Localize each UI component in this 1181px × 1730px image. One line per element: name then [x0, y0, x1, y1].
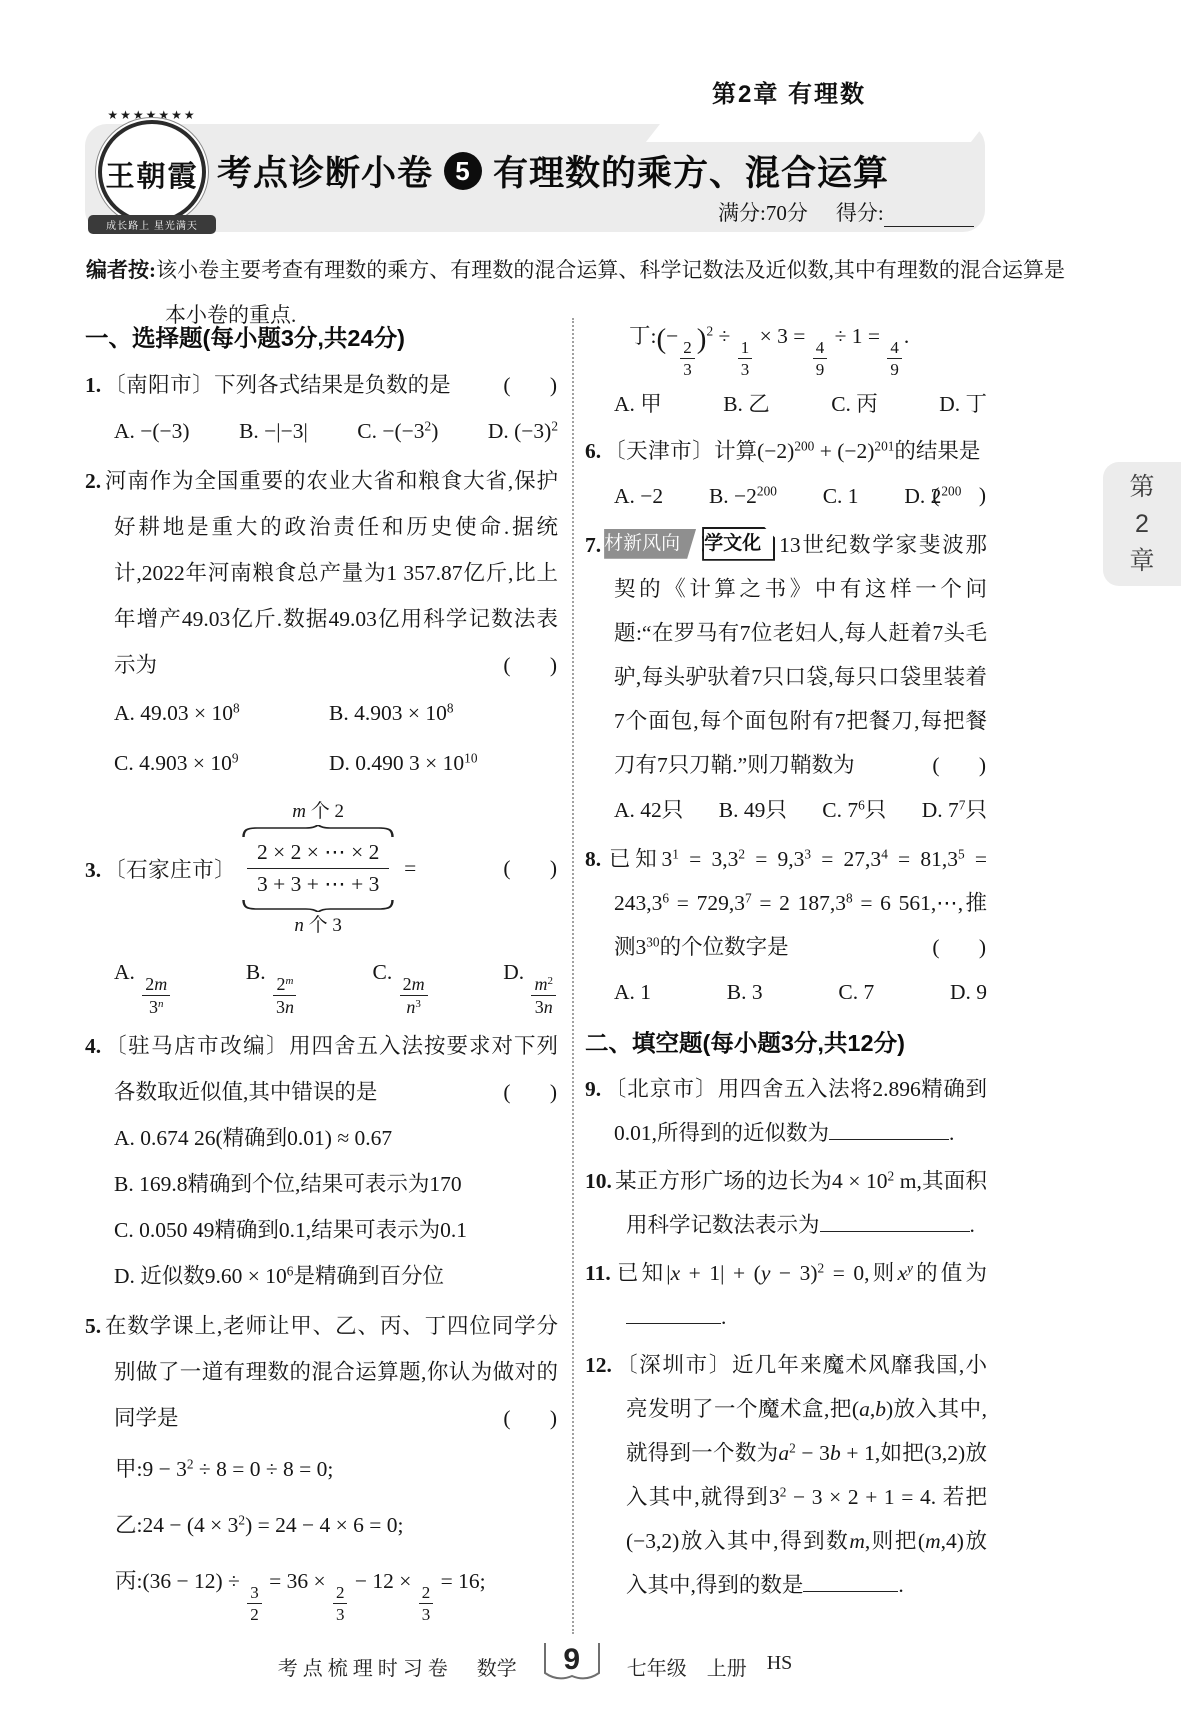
- worksheet-page: 第2章 有理数 ★★★★★★★ 王朝霞 成长路上 星光满天 考点诊断小卷 5 有…: [0, 0, 1181, 1730]
- question-2-text: 河南作为全国重要的农业大省和粮食大省,保护好耕地是重大的政治责任和历史使命.据统…: [104, 469, 558, 677]
- chapter-side-tab: 第 2 章: [1103, 462, 1181, 586]
- question-7: 7.选材新风向数学文化13世纪数学家斐波那契的《计算之书》中有这样一个问题:“在…: [585, 523, 987, 833]
- footer-subject: 数学: [477, 1652, 517, 1681]
- question-2-option-c: C. 4.903 × 109: [114, 738, 329, 788]
- question-3-option-b: B. 2m3n: [246, 949, 299, 1019]
- question-3-options: A. 2m3n B. 2m3n C. 2mn3 D. m23n: [85, 949, 558, 1019]
- question-5-option-b: B. 乙: [723, 381, 770, 427]
- question-5-answer-paren: ( ): [532, 1395, 558, 1441]
- full-score-label: 满分:70分: [718, 197, 808, 227]
- question-11-number: 11.: [585, 1261, 611, 1285]
- question-1-text: 〔南阳市〕下列各式结果是负数的是: [104, 373, 451, 397]
- obtained-score-label: 得分:: [836, 197, 884, 227]
- column-divider: [572, 318, 574, 1634]
- side-tab-char-1: 第: [1129, 469, 1154, 506]
- question-4: 4.〔驻马店市改编〕用四舍五入法按要求对下列各数取近似值,其中错误的是( ) A…: [85, 1023, 558, 1299]
- question-1-number: 1.: [85, 373, 101, 397]
- question-5-option-d: D. 丁: [939, 381, 987, 427]
- question-1-option-a: A. −(−3): [114, 408, 190, 454]
- chapter-header: 第2章 有理数: [712, 74, 866, 109]
- question-12-number: 12.: [585, 1353, 612, 1377]
- question-2-option-a: A. 49.03 × 108: [114, 688, 329, 738]
- score-line: 满分:70分 得分:: [718, 197, 974, 227]
- overbrace-icon: [242, 825, 394, 837]
- question-5-text: 在数学课上,老师让甲、乙、丙、丁四位同学分别做了一道有理数的混合运算题,你认为做…: [104, 1314, 558, 1430]
- page-number-box: 9: [541, 1642, 603, 1690]
- answer-blank: [626, 1300, 721, 1324]
- question-4-option-c: C. 0.050 49精确到0.1,结果可表示为0.1: [85, 1207, 558, 1253]
- underbrace-icon: [242, 900, 394, 912]
- question-10-number: 10.: [585, 1169, 612, 1193]
- section-1-title: 一、选择题(每小题3分,共24分): [85, 314, 558, 362]
- paper-title: 考点诊断小卷 5 有理数的乘方、混合运算: [217, 146, 889, 196]
- question-1-option-b: B. −|−3|: [239, 408, 308, 454]
- question-12: 12.〔深圳市〕近几年来魔术风靡我国,小亮发明了一个魔术盒,把(a,b)放入其中…: [585, 1343, 987, 1607]
- footer-edition: HS: [767, 1652, 793, 1681]
- question-8-text: 已知31 = 3,32 = 9,33 = 27,34 = 81,35 = 243…: [604, 847, 987, 959]
- editor-note-label: 编者按:: [86, 258, 156, 282]
- question-8-answer-paren: ( ): [961, 925, 987, 969]
- question-6-answer-paren: ( ): [961, 473, 987, 517]
- overbrace-label: m 个 2: [292, 798, 344, 825]
- question-7-options: A. 42只 B. 49只 C. 76只 D. 77只: [585, 787, 987, 833]
- open-book-icon: [541, 1642, 603, 1690]
- question-11: 11.已知|x + 1| + (y − 3)2 = 0,则xy的值为.: [585, 1251, 987, 1339]
- question-5-option-c: C. 丙: [831, 381, 878, 427]
- question-5-number: 5.: [85, 1314, 101, 1338]
- footer-grade: 七年级: [627, 1652, 687, 1681]
- question-3-fraction: 2 × 2 × ⋯ × 2 3 + 3 + ⋯ + 3: [247, 837, 389, 900]
- page-footer: 考点梳理时习卷 数学 9 七年级 上册 HS: [85, 1642, 985, 1690]
- student-yi-work: 乙:24 − (4 × 32) = 24 − 4 × 6 = 0;: [85, 1497, 558, 1553]
- question-7-answer-paren: ( ): [961, 743, 987, 787]
- header-band-diagonal-cut: [646, 124, 985, 142]
- question-6-number: 6.: [585, 439, 601, 463]
- question-7-option-a: A. 42只: [614, 787, 683, 833]
- question-2-option-d: D. 0.490 3 × 1010: [329, 738, 558, 788]
- question-10-text: 某正方形广场的边长为4 × 102 m,其面积用科学记数法表示为.: [615, 1169, 987, 1237]
- question-2-options: A. 49.03 × 108 B. 4.903 × 108 C. 4.903 ×…: [85, 688, 558, 788]
- question-12-text: 〔深圳市〕近几年来魔术风靡我国,小亮发明了一个魔术盒,把(a,b)放入其中,就得…: [615, 1353, 987, 1597]
- answer-blank: [829, 1116, 949, 1140]
- paper-title-prefix: 考点诊断小卷: [217, 146, 433, 196]
- badge-new-material-trend: 选材新风向: [604, 529, 696, 559]
- question-4-answer-paren: ( ): [532, 1069, 558, 1115]
- question-3-city-tag: 〔石家庄市〕: [104, 858, 236, 882]
- score-blank: [884, 204, 974, 227]
- question-10: 10.某正方形广场的边长为4 × 102 m,其面积用科学记数法表示为.: [585, 1159, 987, 1247]
- question-2-option-b: B. 4.903 × 108: [329, 688, 558, 738]
- question-8: 8.已知31 = 3,32 = 9,33 = 27,34 = 81,35 = 2…: [585, 837, 987, 1015]
- two-column-body: 一、选择题(每小题3分,共24分) 1.〔南阳市〕下列各式结果是负数的是( ) …: [85, 314, 987, 1634]
- paper-number-badge: 5: [444, 152, 482, 190]
- question-6: 6.〔天津市〕计算(−2)200 + (−2)201的结果是( ) A. −2 …: [585, 429, 987, 519]
- question-1: 1.〔南阳市〕下列各式结果是负数的是( ) A. −(−3) B. −|−3| …: [85, 362, 558, 454]
- question-3-option-c: C. 2mn3: [373, 949, 430, 1019]
- question-2-number: 2.: [85, 469, 101, 493]
- fraction-denominator: 3 + 3 + ⋯ + 3: [247, 869, 389, 900]
- question-1-option-c: C. −(−32): [357, 408, 438, 454]
- question-7-option-d: D. 77只: [922, 787, 987, 833]
- question-4-number: 4.: [85, 1034, 101, 1058]
- answer-blank: [803, 1568, 898, 1592]
- question-11-text: 已知|x + 1| + (y − 3)2 = 0,则xy的值为.: [614, 1261, 987, 1329]
- question-6-text: 〔天津市〕计算(−2)200 + (−2)201的结果是: [604, 439, 980, 463]
- question-8-options: A. 1 B. 3 C. 7 D. 9: [585, 969, 987, 1015]
- question-6-options: A. −2 B. −2200 C. 1 D. 2200: [585, 473, 961, 519]
- question-1-option-d: D. (−3)2: [488, 408, 558, 454]
- question-3-number: 3.: [85, 858, 101, 882]
- question-3-option-d: D. m23n: [503, 949, 558, 1019]
- question-8-option-c: C. 7: [838, 969, 874, 1015]
- footer-volume: 上册: [707, 1652, 747, 1681]
- question-6-option-c: C. 1: [823, 473, 859, 519]
- paper-title-main: 有理数的乘方、混合运算: [493, 146, 889, 196]
- student-jia-work: 甲:9 − 32 ÷ 8 = 0 ÷ 8 = 0;: [85, 1441, 558, 1497]
- question-4-option-a: A. 0.674 26(精确到0.01) ≈ 0.67: [85, 1115, 558, 1161]
- question-9-text: 〔北京市〕用四舍五入法将2.896精确到0.01,所得到的近似数为.: [604, 1077, 987, 1145]
- question-8-number: 8.: [585, 847, 601, 871]
- question-6-option-a: A. −2: [614, 473, 663, 519]
- side-tab-char-3: 章: [1129, 543, 1154, 580]
- question-4-option-d: D. 近似数9.60 × 106是精确到百分位: [85, 1253, 558, 1299]
- section-2-title: 二、填空题(每小题3分,共12分): [585, 1019, 987, 1067]
- equals-sign: =: [404, 856, 416, 881]
- question-7-option-c: C. 76只: [822, 787, 886, 833]
- logo-ribbon-text: 成长路上 星光满天: [88, 215, 216, 234]
- question-4-option-b: B. 169.8精确到个位,结果可表示为170: [85, 1161, 558, 1207]
- side-tab-char-2: 2: [1135, 506, 1149, 543]
- question-7-option-b: B. 49只: [719, 787, 787, 833]
- left-column: 一、选择题(每小题3分,共24分) 1.〔南阳市〕下列各式结果是负数的是( ) …: [85, 314, 558, 1634]
- question-8-option-b: B. 3: [727, 969, 763, 1015]
- question-3-brace-fraction: m 个 2 2 × 2 × ⋯ × 2 3 + 3 + ⋯ + 3 n 个 3: [242, 798, 394, 939]
- question-2-answer-paren: ( ): [532, 642, 558, 688]
- question-1-options: A. −(−3) B. −|−3| C. −(−32) D. (−3)2: [85, 408, 558, 454]
- student-bing-work: 丙:(36 − 12) ÷ 32 = 36 × 23 − 12 × 23 = 1…: [85, 1553, 558, 1626]
- footer-edition-group: 七年级 上册 HS: [627, 1652, 793, 1681]
- question-6-option-b: B. −2200: [709, 473, 777, 519]
- question-7-text: 选材新风向数学文化13世纪数学家斐波那契的《计算之书》中有这样一个问题:“在罗马…: [604, 533, 987, 777]
- question-2: 2.河南作为全国重要的农业大省和粮食大省,保护好耕地是重大的政治责任和历史使命.…: [85, 458, 558, 788]
- question-3-answer-paren: ( ): [503, 856, 558, 881]
- question-8-option-a: A. 1: [614, 969, 651, 1015]
- question-8-option-d: D. 9: [950, 969, 987, 1015]
- badge-math-culture: 数学文化: [702, 527, 775, 561]
- question-9: 9.〔北京市〕用四舍五入法将2.896精确到0.01,所得到的近似数为.: [585, 1067, 987, 1155]
- question-6-option-d: D. 2200: [904, 473, 961, 519]
- question-3-statement: 3.〔石家庄市〕 m 个 2 2 × 2 × ⋯ × 2 3 + 3 + ⋯ +…: [85, 798, 558, 939]
- footer-series-name: 考点梳理时习卷: [278, 1652, 453, 1681]
- question-4-text: 〔驻马店市改编〕用四舍五入法按要求对下列各数取近似值,其中错误的是: [104, 1034, 558, 1104]
- question-5-options: A. 甲 B. 乙 C. 丙 D. 丁: [585, 381, 987, 427]
- question-5-option-a: A. 甲: [614, 381, 662, 427]
- question-7-number: 7.: [585, 533, 601, 557]
- fraction-numerator: 2 × 2 × ⋯ × 2: [247, 837, 389, 869]
- answer-blank: [820, 1208, 970, 1232]
- student-ding-work: 丁:(−23)2 ÷ 13 × 3 = 49 ÷ 1 = 49.: [585, 314, 987, 381]
- publisher-logo: ★★★★★★★ 王朝霞 成长路上 星光满天: [90, 108, 214, 234]
- right-column: 丁:(−23)2 ÷ 13 × 3 = 49 ÷ 1 = 49. A. 甲 B.…: [585, 314, 987, 1634]
- logo-brand-name: 王朝霞: [90, 154, 214, 195]
- question-9-number: 9.: [585, 1077, 601, 1101]
- question-3: 3.〔石家庄市〕 m 个 2 2 × 2 × ⋯ × 2 3 + 3 + ⋯ +…: [85, 798, 558, 1019]
- question-3-option-a: A. 2m3n: [114, 949, 172, 1019]
- underbrace-label: n 个 3: [294, 912, 342, 939]
- question-1-answer-paren: ( ): [532, 362, 558, 408]
- question-5: 5.在数学课上,老师让甲、乙、丙、丁四位同学分别做了一道有理数的混合运算题,你认…: [85, 1303, 558, 1626]
